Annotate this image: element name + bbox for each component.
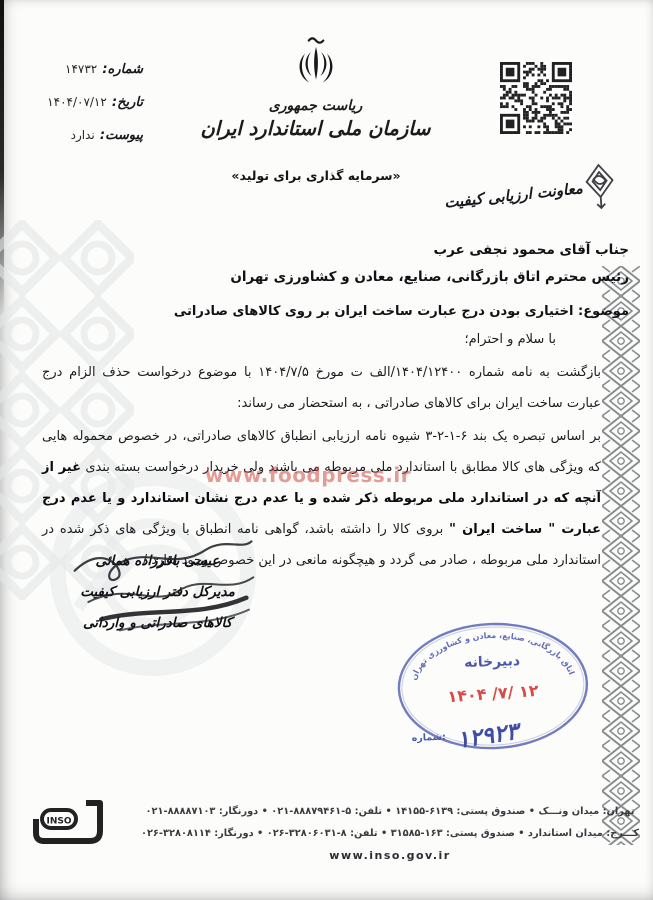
meta-date-value: ۱۴۰۴/۰۷/۱۲ [47,95,107,109]
inso-logo: INSO [28,797,108,867]
stamp-number-value: ۱۲۹۲۳ [455,718,524,754]
meta-number-label: شماره: [102,62,143,77]
footer-karaj-address: کـــرج: میدان استاندارد • صندوق پستی: ۱۶… [128,823,652,845]
body-paragraph-1: بازگشت به نامه شماره ۱۴۰۴/۱۲۴۰۰/الف ت مو… [42,357,601,419]
organization-title: سازمان ملی استاندارد ایران [188,117,443,140]
footer-website: www.inso.gov.ir [128,845,652,867]
recipient-block: جناب آقای محمود نجفی عرب رئیس محترم اتاق… [230,237,629,291]
meta-number-row: شماره: ۱۴۷۳۲ [15,52,143,85]
salutation: با سلام و احترام؛ [465,332,557,347]
quality-dept-logo-icon [583,161,616,213]
recipient-name: جناب آقای محمود نجفی عرب [230,237,629,264]
meta-attachment-label: پیوست: [100,128,143,143]
footer-tehran-address: تهران: میدان ونـــک • صندوق پستی: ۶۱۳۹-۱… [128,801,652,823]
scanned-letter-page: شماره: ۱۴۷۳۲ تاریخ: ۱۴۰۴/۰۷/۱۲ پیوست: ند… [0,0,653,900]
meta-attachment-row: پیوست: ندارد [15,118,143,151]
meta-date-row: تاریخ: ۱۴۰۴/۰۷/۱۲ [15,85,143,118]
meta-attachment-value: ندارد [71,128,95,142]
year-slogan: «سرمایه گذاری برای تولید» [224,168,408,183]
letterhead: ریاست جمهوری سازمان ملی استاندارد ایران [188,34,443,140]
quality-deputy-title: معاونت ارزیابی کیفیت [450,179,583,211]
footer-contact: تهران: میدان ونـــک • صندوق پستی: ۶۱۳۹-۱… [128,801,652,867]
foodpress-watermark: www.foodpress.ir [205,463,411,487]
government-title: ریاست جمهوری [188,98,443,114]
decorative-border-pattern [602,266,640,845]
secretariat-stamp: اتاق بازرگانی، صنایع، معادن و کشاورزی ته… [390,615,600,762]
meta-number-value: ۱۴۷۳۲ [65,62,97,76]
iran-emblem-icon [294,34,338,92]
stamp-date: ۱۴۰۴ /۷/ ۱۲ [447,681,540,706]
recipient-position: رئیس محترم اتاق بازرگانی، صنایع، معادن و… [230,264,629,291]
stamp-title: دبیرخانه [464,653,520,671]
letter-meta: شماره: ۱۴۷۳۲ تاریخ: ۱۴۰۴/۰۷/۱۲ پیوست: ند… [15,52,143,151]
svg-text:INSO: INSO [46,817,71,827]
stamp-number-label: شماره: [411,732,446,744]
qr-code [500,62,572,134]
meta-date-label: تاریخ: [112,95,143,110]
handwritten-signature [58,536,273,651]
subject-line: موضوع: اختیاری بودن درج عبارت ساخت ایران… [174,304,629,319]
